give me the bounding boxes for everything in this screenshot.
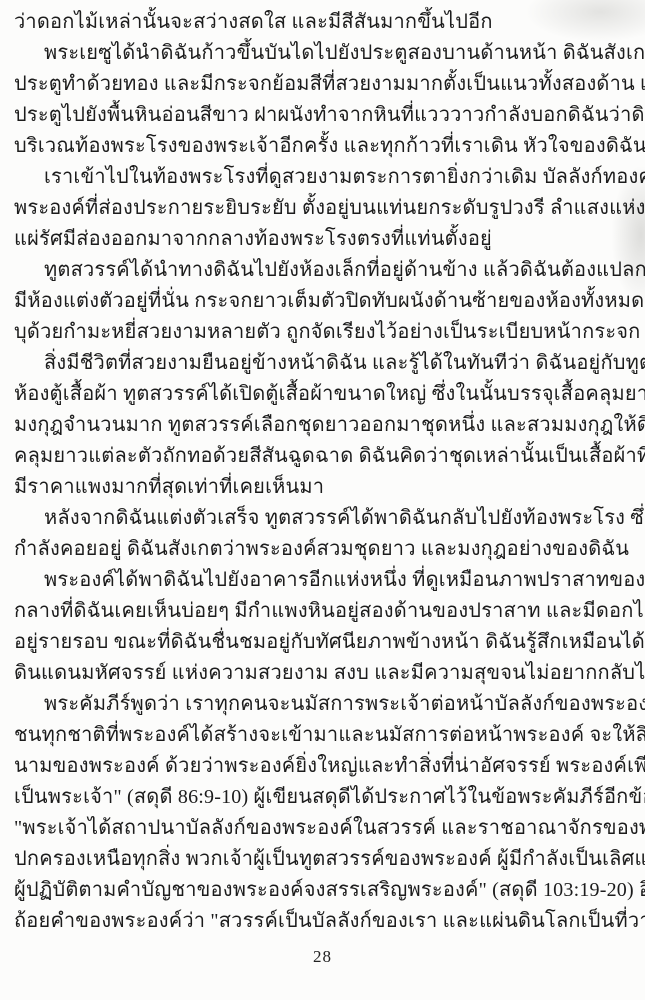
text-line: ประตูทำด้วยทอง และมีกระจกย้อมสีที่สวยงาม… xyxy=(14,69,632,100)
text-line: ห้องตู้เสื้อผ้า ทูตสวรรค์ได้เปิดตู้เสื้อ… xyxy=(14,379,632,410)
text-line: พระเยซูได้นำดิฉันก้าวขึ้นบันไดไปยังประตู… xyxy=(14,38,632,69)
text-line: ดินแดนมหัศจรรย์ แห่งความสวยงาม สงบ และมี… xyxy=(14,658,632,689)
text-line: ผู้ปฏิบัติตามคำบัญชาของพระองค์จงสรรเสริญ… xyxy=(14,875,632,906)
text-line: บริเวณท้องพระโรงของพระเจ้าอีกครั้ง และทุ… xyxy=(14,131,632,162)
text-line: เราเข้าไปในท้องพระโรงที่ดูสวยงามตระการตา… xyxy=(14,162,632,193)
text-line: พระองค์ได้พาดิฉันไปยังอาคารอีกแห่งหนึ่ง … xyxy=(14,565,632,596)
text-line: หลังจากดิฉันแต่งตัวเสร็จ ทูตสวรรค์ได้พาด… xyxy=(14,503,632,534)
text-line: มีราคาแพงมากที่สุดเท่าที่เคยเห็นมา xyxy=(14,472,632,503)
text-line: มงกุฎจำนวนมาก ทูตสวรรค์เลือกชุดยาวออกมาช… xyxy=(14,410,632,441)
text-line: คลุมยาวแต่ละตัวถักทอด้วยสีสันฉูดฉาด ดิฉั… xyxy=(14,441,632,472)
text-line: พระองค์ที่ส่องประกายระยิบระยับ ตั้งอยู่บ… xyxy=(14,193,632,224)
text-line: "พระเจ้าได้สถาปนาบัลลังก์ของพระองค์ในสวร… xyxy=(14,813,632,844)
text-line: ชนทุกชาติที่พระองค์ได้สร้างจะเข้ามาและนม… xyxy=(14,720,632,751)
text-line: นามของพระองค์ ด้วยว่าพระองค์ยิ่งใหญ่และท… xyxy=(14,751,632,782)
text-line: กลางที่ดิฉันเคยเห็นบ่อยๆ มีกำแพงหินอยู่ส… xyxy=(14,596,632,627)
text-line: พระคัมภีร์พูดว่า เราทุกคนจะนมัสการพระเจ้… xyxy=(14,689,632,720)
text-line: เป็นพระเจ้า" (สดุดี 86:9-10) ผู้เขียนสดุ… xyxy=(14,782,632,813)
text-line: สิ่งมีชีวิตที่สวยงามยืนอยู่ข้างหน้าดิฉัน… xyxy=(14,348,632,379)
text-line: ทูตสวรรค์ได้นำทางดิฉันไปยังห้องเล็กที่อย… xyxy=(14,255,632,286)
text-line: ปกครองเหนือทุกสิ่ง พวกเจ้าผู้เป็นทูตสวรร… xyxy=(14,844,632,875)
text-line: แผ่รัศมีส่องออกมาจากกลางท้องพระโรงตรงที่… xyxy=(14,224,632,255)
page-footer: 28 xyxy=(0,947,645,967)
text-line: บุด้วยกำมะหยี่สวยงามหลายตัว ถูกจัดเรียงไ… xyxy=(14,317,632,348)
body-text: ว่าดอกไม้เหล่านั้นจะสว่างสดใส และมีสีสัน… xyxy=(14,7,632,937)
text-line: มีห้องแต่งตัวอยู่ที่นั่น กระจกยาวเต็มตัว… xyxy=(14,286,632,317)
text-line: กำลังคอยอยู่ ดิฉันสังเกตว่าพระองค์สวมชุด… xyxy=(14,534,632,565)
text-line: ประตูไปยังพื้นหินอ่อนสีขาว ฝาผนังทำจากหิ… xyxy=(14,100,632,131)
text-line: อยู่รายรอบ ขณะที่ดิฉันชื่นชมอยู่กับทัศนี… xyxy=(14,627,632,658)
text-line: ถ้อยคำของพระองค์ว่า "สวรรค์เป็นบัลลังก์ข… xyxy=(14,906,632,937)
text-line: ว่าดอกไม้เหล่านั้นจะสว่างสดใส และมีสีสัน… xyxy=(14,7,632,38)
page-number: 28 xyxy=(313,947,332,966)
book-page: ว่าดอกไม้เหล่านั้นจะสว่างสดใส และมีสีสัน… xyxy=(0,0,645,1000)
